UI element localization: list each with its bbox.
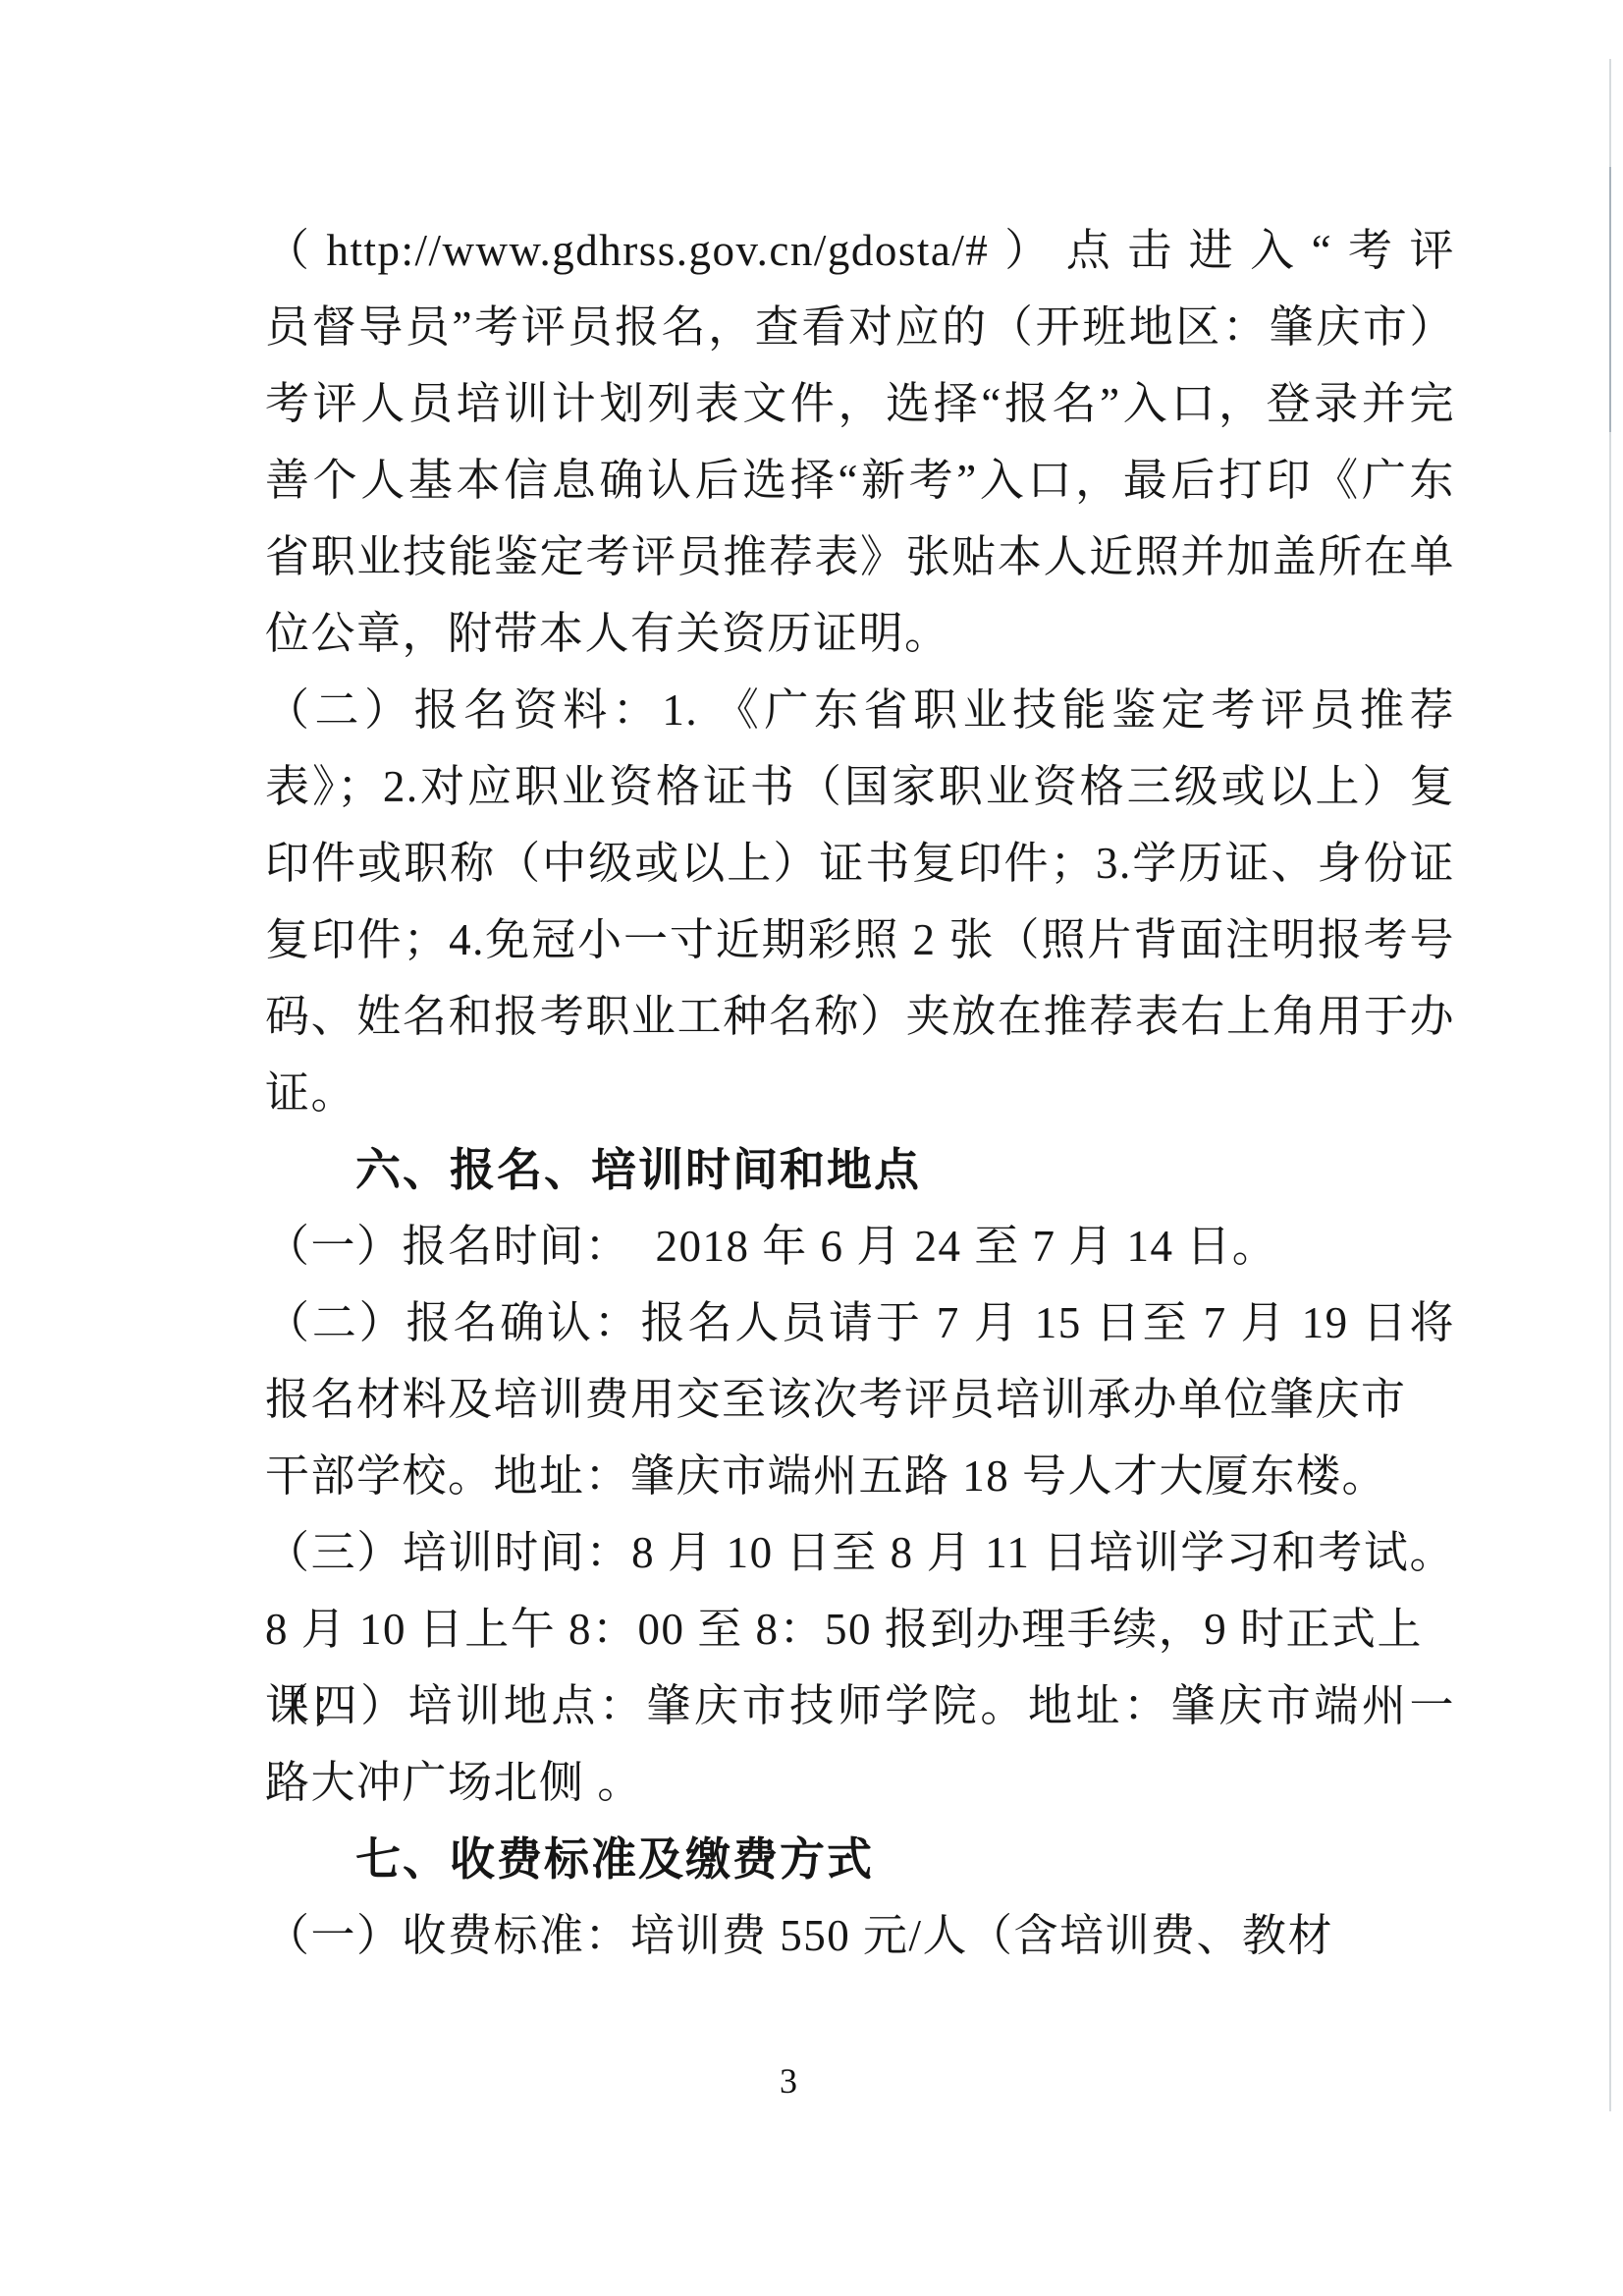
text-line: 码、姓名和报考职业工种名称）夹放在推荐表右上角用于办 xyxy=(265,978,1455,1055)
document-page: （http://www.gdhrss.gov.cn/gdosta/#）点击进入“… xyxy=(0,0,1623,2296)
page-number: 3 xyxy=(756,2058,821,2104)
text-line: 复印件；4.免冠小一寸近期彩照 2 张（照片背面注明报考号 xyxy=(265,902,1455,978)
text-line: （一）收费标准：培训费 550 元/人（含培训费、教材 xyxy=(265,1897,1455,1974)
text-line: （三）培训时间：8 月 10 日至 8 月 11 日培训学习和考试。 xyxy=(265,1514,1455,1591)
section-heading-6: 六、报名、培训时间和地点 xyxy=(265,1131,1455,1208)
section-heading-7: 七、收费标准及缴费方式 xyxy=(265,1821,1455,1897)
text-line: 省职业技能鉴定考评员推荐表》张贴本人近照并加盖所在单 xyxy=(265,519,1455,595)
text-line: 报名材料及培训费用交至该次考评员培训承办单位肇庆市 xyxy=(265,1361,1455,1438)
page-body-text: （http://www.gdhrss.gov.cn/gdosta/#）点击进入“… xyxy=(265,212,1455,1974)
text-line: （二）报名资料：1. 《广东省职业技能鉴定考评员推荐 xyxy=(265,672,1455,748)
text-line: 位公章，附带本人有关资历证明。 xyxy=(265,595,1455,672)
text-line: 证。 xyxy=(265,1055,1455,1131)
scan-artifact-line-dark-segment xyxy=(1609,167,1611,432)
text-line: 干部学校。地址：肇庆市端州五路 18 号人才大厦东楼。 xyxy=(265,1438,1455,1514)
text-line: （一）报名时间： 2018 年 6 月 24 至 7 月 14 日。 xyxy=(265,1208,1455,1285)
text-line: （http://www.gdhrss.gov.cn/gdosta/#）点击进入“… xyxy=(265,212,1455,289)
text-line: 考评人员培训计划列表文件，选择“报名”入口，登录并完 xyxy=(265,365,1455,442)
text-line: 路大冲广场北侧 。 xyxy=(265,1744,1455,1821)
text-line: 印件或职称（中级或以上）证书复印件；3.学历证、身份证 xyxy=(265,825,1455,902)
text-line: （二）报名确认：报名人员请于 7 月 15 日至 7 月 19 日将 xyxy=(265,1285,1455,1361)
text-line: 善个人基本信息确认后选择“新考”入口，最后打印《广东 xyxy=(265,442,1455,519)
text-line: 表》；2.对应职业资格证书（国家职业资格三级或以上）复 xyxy=(265,748,1455,825)
text-line: 8 月 10 日上午 8：00 至 8：50 报到办理手续，9 时正式上课； xyxy=(265,1591,1455,1667)
text-line: （四）培训地点：肇庆市技师学院。地址：肇庆市端州一 xyxy=(265,1667,1455,1744)
text-line: 员督导员”考评员报名，查看对应的（开班地区：肇庆市） xyxy=(265,289,1455,365)
